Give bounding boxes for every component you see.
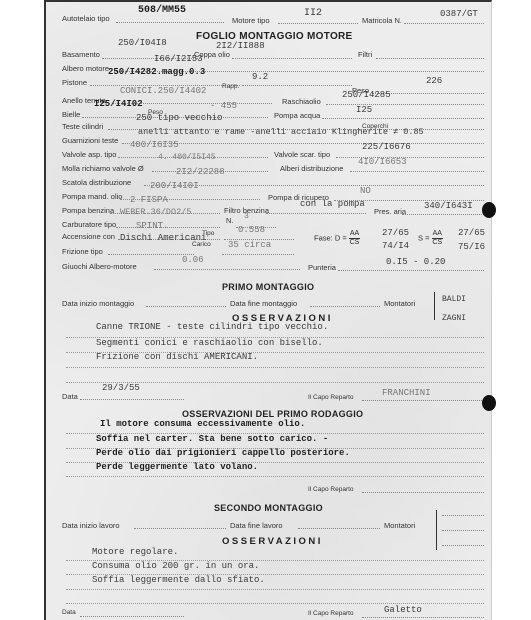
punch-hole-top bbox=[482, 202, 496, 218]
teste-cilindri-value: 250 tipo vecchio bbox=[136, 113, 222, 123]
molla-value: 4. 400/I5I45 bbox=[158, 153, 216, 162]
alberi-distribuzione-label: Alberi distribuzione bbox=[280, 164, 343, 173]
rodaggio-line-2: Soffia nel carter. Sta bene sotto carico… bbox=[96, 434, 328, 444]
secondo-montatori-label: Montatori bbox=[384, 521, 415, 530]
pompa-acqua-label: Pompa acqua bbox=[274, 111, 320, 120]
fase-d-fraction: AACS bbox=[349, 230, 360, 247]
fase-d-bottom: 74/I4 bbox=[382, 241, 409, 251]
montatore-2: ZAGNI bbox=[442, 314, 466, 323]
fase-s-fraction: AACS bbox=[432, 230, 443, 247]
fase-s-label: S = bbox=[418, 233, 429, 242]
fase-d-top: 27/65 bbox=[382, 228, 409, 238]
raschiaolio-label: Raschiaolio bbox=[282, 97, 321, 106]
autotelaio-value: 508/MM55 bbox=[138, 5, 186, 16]
primo-data-label: Data bbox=[62, 392, 78, 401]
valvole-scar-label: Valvole scar. tipo bbox=[274, 150, 330, 159]
secondo-capo-reparto-label: Il Capo Reparto bbox=[308, 610, 354, 617]
fase-label: Fase: D = bbox=[314, 233, 347, 242]
giuochi-value: 0.06 bbox=[182, 255, 204, 265]
basamento-label: Basamento bbox=[62, 50, 100, 59]
matricola-value: 0387/GT bbox=[440, 9, 478, 19]
n-label: N. bbox=[226, 216, 234, 225]
rodaggio-line-3: Perde olio dai prigionieri cappello post… bbox=[96, 448, 350, 458]
pistone-value: 250/I4282.magg.0.3 bbox=[108, 67, 205, 77]
scatola-distribuzione-value: 2I2/22288 bbox=[176, 167, 225, 177]
matricola-label: Matricola N. bbox=[362, 16, 402, 25]
giuochi-label: Giuochi Albero-motore bbox=[62, 262, 137, 271]
guarnizioni-teste-value: anelli attanto e rame -anelli acciaio Kl… bbox=[138, 127, 424, 137]
pompa-benzina-value: 2 FISPA bbox=[130, 195, 168, 205]
secondo-data-label: Data bbox=[62, 609, 76, 616]
peso-pistone-value: 226 bbox=[426, 76, 442, 86]
rapp-label: Rapp. bbox=[222, 83, 239, 90]
primo-capo-reparto-value: FRANCHINI bbox=[382, 388, 431, 398]
molla-label: Molla richiamo valvole Ø bbox=[62, 164, 144, 173]
secondo-oss-line-2: Consuma olio 200 gr. in un ora. bbox=[92, 561, 259, 571]
n-value: 3 bbox=[244, 212, 249, 221]
pompa-mand-olio-label: Pompa mand. olio bbox=[62, 192, 122, 201]
scatola-distribuzione-label: Scatola distribuzione bbox=[62, 178, 131, 187]
accensione-value: SPINT. bbox=[136, 221, 168, 231]
peso-bielle-value: - 455 bbox=[210, 101, 237, 111]
motore-value: II2 bbox=[304, 8, 322, 19]
pompa-acqua-value: I25 bbox=[356, 105, 372, 115]
motore-label: Motore tipo bbox=[232, 16, 270, 25]
alberi-distribuzione-value: 4I0/I6653 bbox=[358, 157, 407, 167]
rodaggio-line-1: Il motore consuma eccessivamente olio. bbox=[100, 419, 305, 429]
secondo-oss-line-1: Motore regolare. bbox=[92, 547, 178, 557]
anello-tenuta-value: CONICI.250/I4402 bbox=[120, 86, 206, 96]
primo-data-inizio-label: Data inizio montaggio bbox=[62, 299, 134, 308]
montatore-1: BALDI bbox=[442, 295, 466, 304]
primo-data-value: 29/3/55 bbox=[102, 383, 140, 393]
secondo-montaggio-title: SECONDO MONTAGGIO bbox=[214, 503, 323, 513]
pompa-benzina-label: Pompa benzina bbox=[62, 206, 114, 215]
filtro-benzina-value: con la pompa bbox=[300, 199, 365, 209]
basamento-value: 250/I04I8 bbox=[118, 38, 167, 48]
carico-value: 35 circa bbox=[228, 240, 271, 250]
secondo-data-fine-label: Data fine lavoro bbox=[230, 521, 283, 530]
pistone-label: Pistone bbox=[62, 78, 87, 87]
punteria-label: Punteria bbox=[308, 263, 336, 272]
rodaggio-capo-reparto-label: Il Capo Reparto bbox=[308, 486, 354, 493]
punch-hole-bottom bbox=[482, 395, 496, 411]
raschiaolio-value: 250/I4285 bbox=[342, 90, 391, 100]
filtri-label: Filtri bbox=[358, 50, 372, 59]
guarnizioni-teste-label: Guarnizioni teste bbox=[62, 136, 118, 145]
primo-capo-reparto-label: Il Capo Reparto bbox=[308, 394, 354, 401]
secondo-capo-reparto-value: Galetto bbox=[384, 605, 422, 615]
bielle-label: Bielle bbox=[62, 110, 80, 119]
albero-motore-value: I66/I2I53 bbox=[154, 54, 203, 64]
primo-data-fine-label: Data fine montaggio bbox=[230, 299, 297, 308]
frizione-label: Frizione tipo bbox=[62, 247, 103, 256]
tipo-value: 0.558 bbox=[238, 225, 265, 235]
primo-oss-line-3: Frizione con dischi AMERICANI. bbox=[96, 352, 258, 362]
autotelaio-label: Autotelaio tipo bbox=[62, 14, 110, 23]
secondo-osservazioni-title: OSSERVAZIONI bbox=[222, 536, 323, 547]
primo-oss-line-1: Canne TRIONE - teste cilindri tipo vecch… bbox=[96, 322, 328, 332]
fase-s-top: 27/65 bbox=[458, 228, 485, 238]
secondo-data-inizio-label: Data inizio lavoro bbox=[62, 521, 120, 530]
accensione-label: Accensione con bbox=[62, 232, 115, 241]
albero-motore-label: Albero motore bbox=[62, 64, 109, 73]
pompa-ricupero-value: NO bbox=[360, 186, 371, 196]
fase-s-bottom: 75/I6 bbox=[458, 242, 485, 252]
teste-cilindri-label: Teste cilindri bbox=[62, 122, 103, 131]
primo-oss-line-2: Segmenti conici e raschiaolio con bisell… bbox=[96, 338, 323, 348]
primo-montatori-label: Montatori bbox=[384, 299, 415, 308]
fase-d-block: Fase: D = AACS bbox=[314, 230, 360, 247]
carico-label: Carico bbox=[192, 241, 211, 248]
pompa-mand-olio-value: 200/I4I0I bbox=[150, 181, 199, 191]
rodaggio-line-4: Perde leggermente lato volano. bbox=[96, 462, 258, 472]
rodaggio-title: OSSERVAZIONI DEL PRIMO RODAGGIO bbox=[182, 409, 363, 419]
carburatore-value: WEBER.36/DO2/5 bbox=[120, 207, 191, 217]
valvole-asp-label: Valvole asp. tipo bbox=[62, 150, 116, 159]
valvole-asp-value: 400/I6I35 bbox=[130, 140, 179, 150]
pres-aria-value: 340/I643I bbox=[424, 201, 473, 211]
engine-assembly-sheet: Autotelaio tipo 508/MM55 Motore tipo II2… bbox=[44, 0, 492, 620]
bielle-value: I25/I4I02 bbox=[94, 99, 143, 109]
secondo-oss-line-3: Soffia leggermente dallo sfiato. bbox=[92, 575, 265, 585]
punteria-value: 0.I5 - 0.20 bbox=[386, 257, 445, 267]
carburatore-label: Carburatore tipo bbox=[62, 220, 116, 229]
fase-s-block: S = AACS bbox=[418, 230, 443, 247]
valvole-scar-value: 225/I6676 bbox=[362, 142, 411, 152]
rapp-value: 9.2 bbox=[252, 72, 268, 82]
primo-montaggio-title: PRIMO MONTAGGIO bbox=[222, 282, 314, 292]
